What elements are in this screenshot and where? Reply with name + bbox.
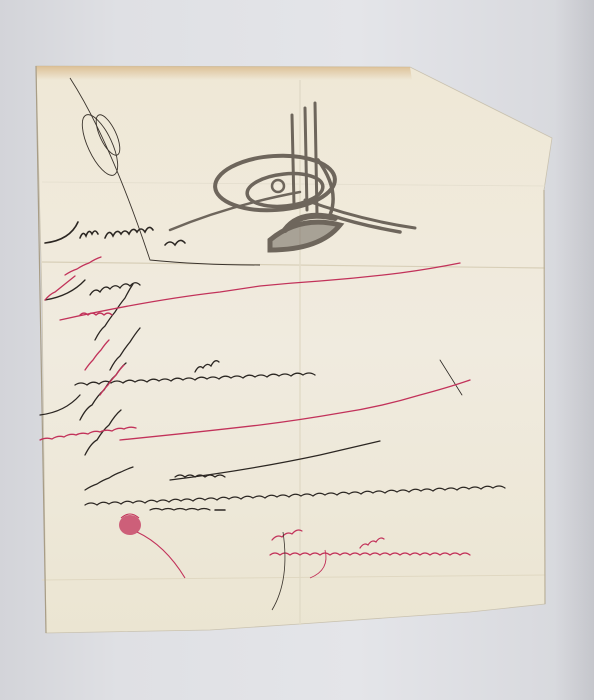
photo-scene: Ottoman imperial document (ferman / bera…	[0, 0, 594, 700]
top-edge-stain	[36, 66, 412, 80]
document-sheet	[0, 0, 594, 700]
